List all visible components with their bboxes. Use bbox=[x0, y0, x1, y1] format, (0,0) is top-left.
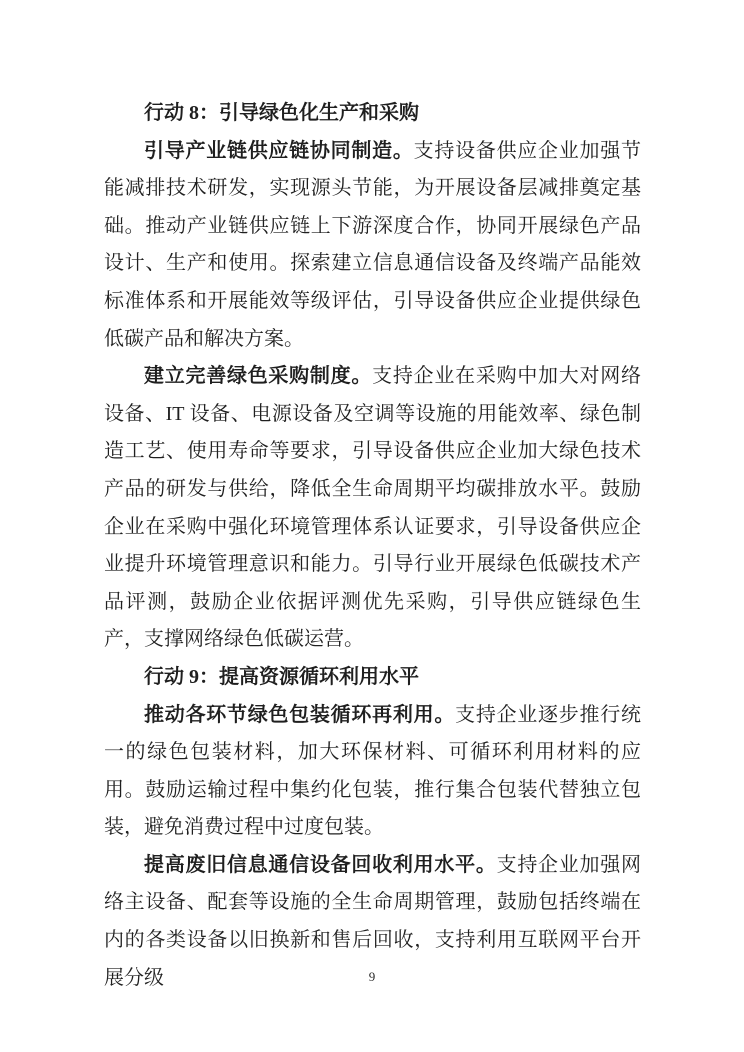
paragraph-text: 支持设备供应企业加强节能减排技术研发，实现源头节能，为开展设备层减排奠定基础。推… bbox=[104, 140, 641, 350]
paragraph-green-procurement: 建立完善绿色采购制度。支持企业在采购中加大对网络设备、IT 设备、电源设备及空调… bbox=[104, 358, 641, 659]
paragraph-text: 支持企业在采购中加大对网络设备、IT 设备、电源设备及空调等设施的用能效率、绿色… bbox=[104, 365, 641, 650]
document-body: 行动 8：引导绿色化生产和采购 引导产业链供应链协同制造。支持设备供应企业加强节… bbox=[104, 95, 641, 997]
section-heading-action-9: 行动 9：提高资源循环利用水平 bbox=[104, 659, 641, 697]
page-number: 9 bbox=[0, 969, 744, 985]
paragraph-lead: 引导产业链供应链协同制造。 bbox=[144, 140, 414, 162]
document-page: 行动 8：引导绿色化生产和采购 引导产业链供应链协同制造。支持设备供应企业加强节… bbox=[0, 0, 744, 1052]
section-heading-action-8: 行动 8：引导绿色化生产和采购 bbox=[104, 95, 641, 133]
paragraph-collaborative-manufacturing: 引导产业链供应链协同制造。支持设备供应企业加强节能减排技术研发，实现源头节能，为… bbox=[104, 133, 641, 359]
paragraph-green-packaging: 推动各环节绿色包装循环再利用。支持企业逐步推行统一的绿色包装材料，加大环保材料、… bbox=[104, 697, 641, 847]
paragraph-lead: 提高废旧信息通信设备回收利用水平。 bbox=[144, 854, 497, 876]
paragraph-lead: 建立完善绿色采购制度。 bbox=[144, 365, 372, 387]
paragraph-lead: 推动各环节绿色包装循环再利用。 bbox=[144, 704, 455, 726]
